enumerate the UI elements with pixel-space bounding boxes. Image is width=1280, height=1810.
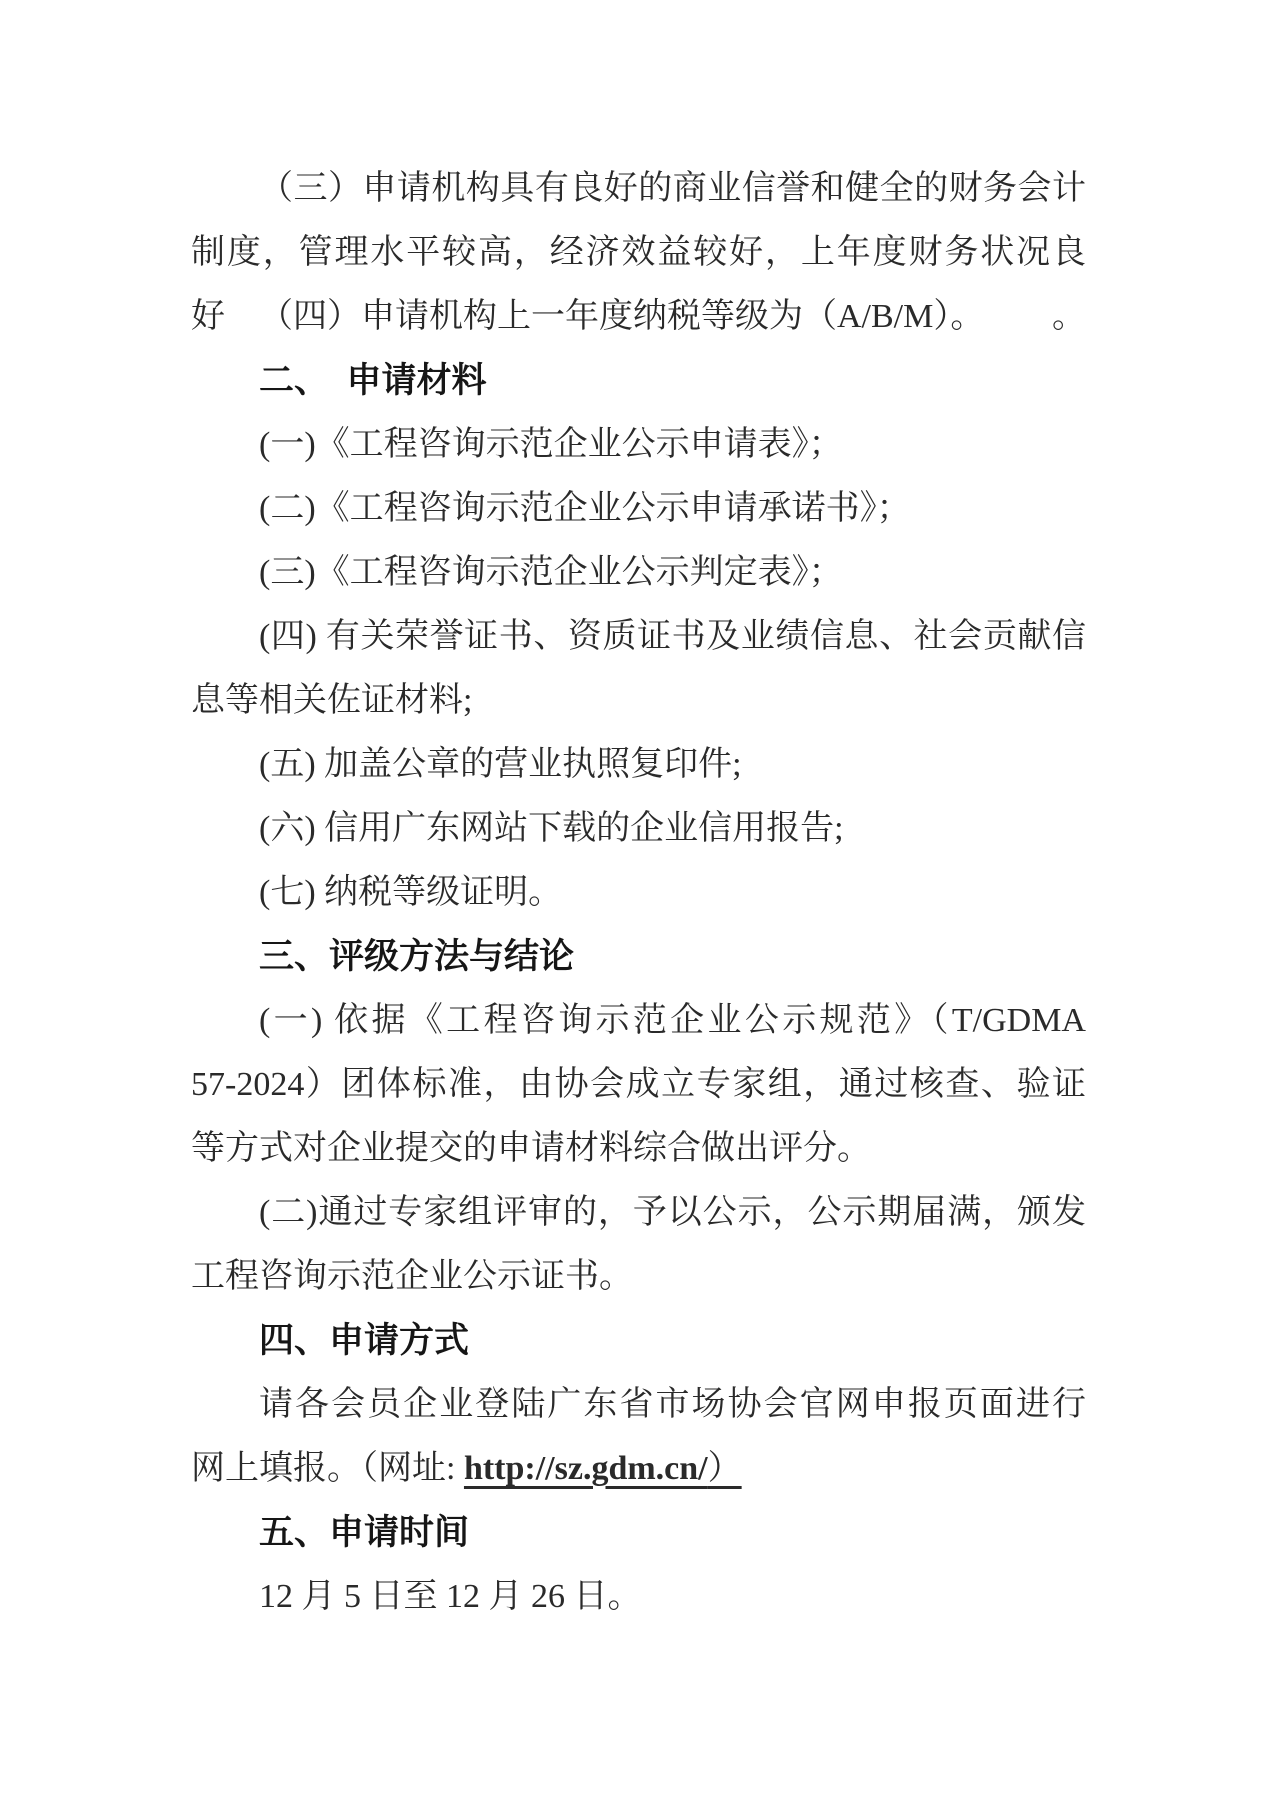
line-material-5: (五) 加盖公章的营业执照复印件; [191,733,1086,797]
line-apply-online-continuation: 网上填报。（网址: http://sz.gdm.cn/） [191,1437,1086,1501]
line-rating-1-continuation-b: 等方式对企业提交的申请材料综合做出评分。 [191,1117,1086,1181]
line-rating-1-continuation-a: 57-2024）团体标准，由协会成立专家组，通过核查、验证 [191,1053,1086,1117]
line-rating-2-continuation: 工程咨询示范企业公示证书。 [191,1245,1086,1309]
website-link[interactable]: http://sz.gdm.cn/ [464,1450,708,1487]
line-condition-4: （四）申请机构上一年度纳税等级为（A/B/M）。 [191,285,1086,349]
document-text-block: （三）申请机构具有良好的商业信誉和健全的财务会计 制度，管理水平较高，经济效益较… [191,157,1086,1629]
line-rating-2: (二)通过专家组评审的，予以公示，公示期届满，颁发 [191,1181,1086,1245]
line-material-1: (一)《工程咨询示范企业公示申请表》； [191,413,1086,477]
heading-rating-method: 三、评级方法与结论 [191,925,1086,989]
line-apply-online: 请各会员企业登陆广东省市场协会官网申报页面进行 [191,1373,1086,1437]
line-rating-1: (一) 依据《工程咨询示范企业公示规范》（T/GDMA [191,989,1086,1053]
heading-application-time: 五、申请时间 [191,1501,1086,1565]
line-material-4-continuation: 息等相关佐证材料; [191,669,1086,733]
line-material-2: (二)《工程咨询示范企业公示申请承诺书》； [191,477,1086,541]
line-condition-3-continuation: 制度，管理水平较高，经济效益较好，上年度财务状况良好。 [191,221,1086,285]
heading-application-method: 四、申请方式 [191,1309,1086,1373]
line-application-dates: 12 月 5 日至 12 月 26 日。 [191,1565,1086,1629]
line-condition-3: （三）申请机构具有良好的商业信誉和健全的财务会计 [191,157,1086,221]
line-material-4: (四) 有关荣誉证书、资质证书及业绩信息、社会贡献信 [191,605,1086,669]
heading-application-materials: 二、 申请材料 [191,349,1086,413]
document-page: （三）申请机构具有良好的商业信誉和健全的财务会计 制度，管理水平较高，经济效益较… [0,0,1280,1810]
link-underline-group: http://sz.gdm.cn/） [464,1450,742,1487]
link-suffix-text: ） [708,1450,742,1487]
link-prefix-text: 网上填报。（网址: [191,1450,464,1487]
line-material-3: (三)《工程咨询示范企业公示判定表》； [191,541,1086,605]
line-material-6: (六) 信用广东网站下载的企业信用报告; [191,797,1086,861]
line-material-7: (七) 纳税等级证明。 [191,861,1086,925]
